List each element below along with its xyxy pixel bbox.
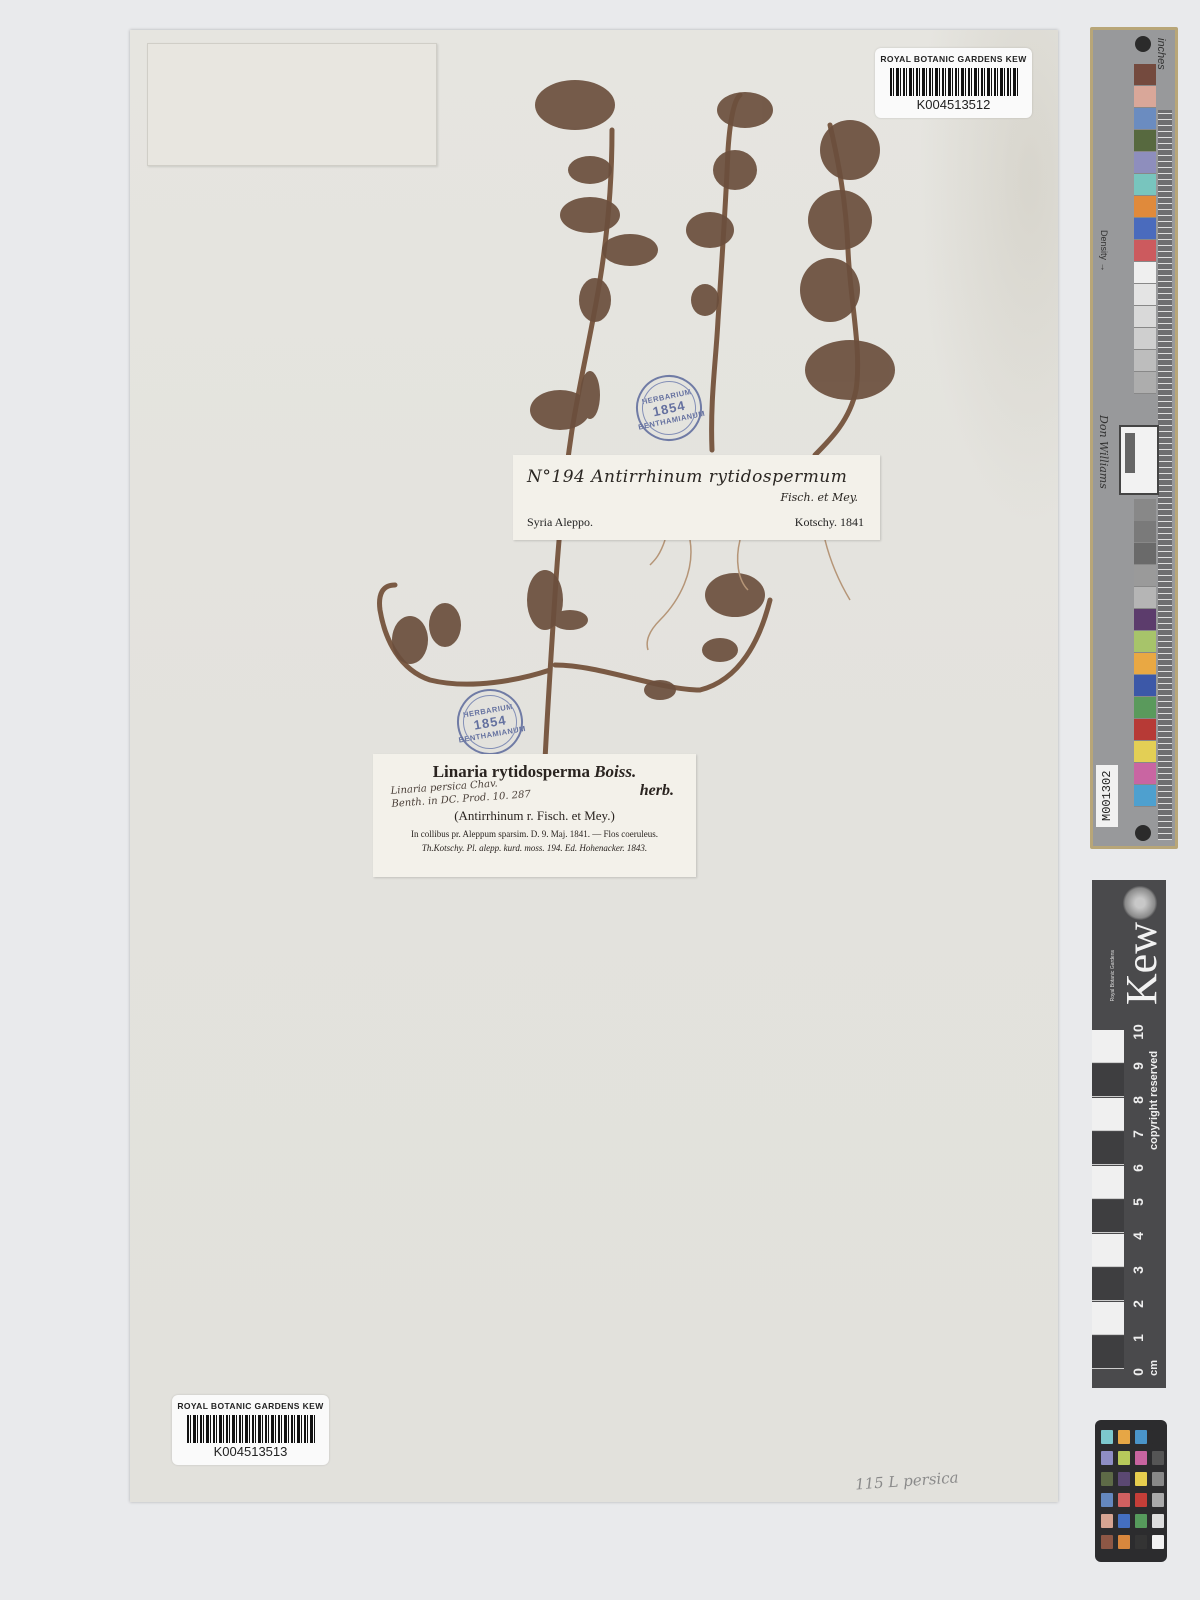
density-label: Density → — [1099, 230, 1109, 272]
scale-tick-label: 4 — [1130, 1226, 1146, 1246]
scale-tick-label: 3 — [1130, 1260, 1146, 1280]
color-patch — [1134, 350, 1156, 372]
resolution-target — [1119, 425, 1159, 495]
institution-name: ROYAL BOTANIC GARDENS KEW — [880, 54, 1026, 64]
color-checker — [1095, 1420, 1167, 1562]
royal-crest-icon — [1122, 886, 1158, 920]
color-swatch — [1101, 1451, 1113, 1465]
color-patch — [1134, 130, 1156, 152]
color-patch — [1134, 785, 1156, 807]
scale-tick-label: 9 — [1130, 1056, 1146, 1076]
scale-block — [1092, 1302, 1124, 1335]
scale-block — [1092, 1098, 1124, 1131]
color-patch — [1134, 499, 1156, 521]
inch-ruler — [1158, 110, 1172, 840]
determination-label: Linaria rytidosperma Boiss. herb. Linari… — [373, 754, 696, 877]
editor-text: Ed. Hohenacker. 1843. — [565, 843, 647, 853]
scale-numbers: 109876543210 — [1128, 1030, 1148, 1375]
color-patch — [1134, 521, 1156, 543]
color-patch — [1134, 565, 1156, 587]
color-patch — [1134, 262, 1156, 284]
color-swatch — [1152, 1493, 1164, 1507]
color-swatch — [1118, 1472, 1130, 1486]
stamp-bottom-text: BENTHAMIANUM — [458, 723, 527, 744]
color-patch — [1134, 152, 1156, 174]
color-swatch — [1152, 1535, 1164, 1549]
color-patch — [1134, 609, 1156, 631]
color-patch — [1134, 675, 1156, 697]
stamp-top-text: HERBARIUM — [462, 701, 513, 719]
color-swatch — [1101, 1514, 1113, 1528]
color-patch — [1134, 108, 1156, 130]
color-patch — [1134, 174, 1156, 196]
exsiccata-text: Th.Kotschy. Pl. alepp. kurd. moss. 194. — [422, 843, 563, 853]
handwritten-author: Fisch. et Mey. — [781, 491, 858, 504]
registration-dot-icon — [1135, 36, 1151, 52]
color-patch — [1134, 697, 1156, 719]
color-reference-bar: inches Density → Don Williams M001302 — [1090, 27, 1178, 849]
color-patch — [1134, 763, 1156, 785]
collector-label: N°194 Antirrhinum rytidospermum Fisch. e… — [513, 455, 880, 540]
scale-tick-label: 2 — [1130, 1294, 1146, 1314]
stamp-bottom-text: BENTHAMIANUM — [637, 408, 705, 431]
scale-block — [1092, 1132, 1124, 1165]
handwritten-name: N°194 Antirrhinum rytidospermum — [527, 467, 847, 487]
synonym: (Antirrhinum r. Fisch. et Mey.) — [373, 808, 696, 824]
barcode-icon — [890, 68, 1018, 96]
scale-tick-label: 0 — [1130, 1362, 1146, 1382]
color-swatch — [1135, 1535, 1147, 1549]
scale-tick-label: 1 — [1130, 1328, 1146, 1348]
color-patch — [1134, 543, 1156, 565]
color-swatch — [1152, 1472, 1164, 1486]
scale-block — [1092, 1268, 1124, 1301]
barcode-label-bottom: ROYAL BOTANIC GARDENS KEW K004513513 — [172, 1395, 329, 1465]
locality-text: In collibus pr. Aleppum sparsim. D. 9. M… — [373, 828, 696, 840]
color-swatch — [1135, 1514, 1147, 1528]
scale-block — [1092, 1336, 1124, 1369]
kew-logo: Kew — [1120, 922, 1164, 1005]
institution-name: ROYAL BOTANIC GARDENS KEW — [177, 1401, 323, 1411]
color-swatch — [1152, 1430, 1164, 1444]
scale-block — [1092, 1166, 1124, 1199]
color-patch — [1134, 196, 1156, 218]
color-patch — [1134, 719, 1156, 741]
herb-abbrev: herb. — [640, 782, 674, 800]
barcode-icon — [187, 1415, 315, 1443]
kew-scale-bar: Kew Royal Botanic Gardens 109876543210 c… — [1092, 880, 1166, 1388]
color-patch — [1134, 240, 1156, 262]
color-swatch — [1135, 1493, 1147, 1507]
registration-dot-icon — [1135, 825, 1151, 841]
color-swatch — [1101, 1472, 1113, 1486]
taxon-name: Linaria rytidosperma Boiss. — [373, 762, 696, 782]
scale-tick-label: 8 — [1130, 1090, 1146, 1110]
bar-code-tag: M001302 — [1096, 765, 1118, 827]
color-swatch — [1101, 1430, 1113, 1444]
color-patch — [1134, 218, 1156, 240]
collector: Kotschy. 1841 — [795, 515, 864, 530]
stamp-top-text: HERBARIUM — [641, 387, 692, 406]
stamp-year: 1854 — [651, 397, 686, 419]
scale-block — [1092, 1030, 1124, 1063]
color-patch — [1134, 653, 1156, 675]
locality: Syria Aleppo. — [527, 515, 593, 530]
scale-block — [1092, 1064, 1124, 1097]
barcode-number: K004513513 — [214, 1444, 288, 1459]
color-swatch — [1101, 1493, 1113, 1507]
color-patch — [1134, 741, 1156, 763]
color-patch — [1134, 284, 1156, 306]
color-swatch — [1152, 1451, 1164, 1465]
scale-tick-label: 5 — [1130, 1192, 1146, 1212]
color-swatch — [1135, 1472, 1147, 1486]
color-patch — [1134, 64, 1156, 86]
scale-blocks — [1092, 1030, 1124, 1370]
color-patch — [1134, 306, 1156, 328]
scale-block — [1092, 1234, 1124, 1267]
kew-logo-subtitle: Royal Botanic Gardens — [1110, 950, 1116, 1001]
color-swatch — [1135, 1430, 1147, 1444]
color-patch — [1134, 631, 1156, 653]
color-patch — [1134, 587, 1156, 609]
color-patch — [1134, 372, 1156, 394]
scale-block — [1092, 1200, 1124, 1233]
scale-tick-label: 7 — [1130, 1124, 1146, 1144]
color-swatch — [1118, 1451, 1130, 1465]
color-patch — [1134, 86, 1156, 108]
copyright-text: copyright reserved — [1148, 1030, 1160, 1150]
color-swatch — [1118, 1493, 1130, 1507]
barcode-number: K004513512 — [917, 97, 991, 112]
color-swatch — [1101, 1535, 1113, 1549]
color-swatch — [1118, 1535, 1130, 1549]
barcode-label-top: ROYAL BOTANIC GARDENS KEW K004513512 — [875, 48, 1032, 118]
color-patch — [1134, 328, 1156, 350]
scale-tick-label: 6 — [1130, 1158, 1146, 1178]
color-swatch — [1135, 1451, 1147, 1465]
color-swatch — [1118, 1514, 1130, 1528]
unit-label: cm — [1148, 1360, 1160, 1376]
species-author: Boiss. — [594, 762, 636, 781]
maker-label: Don Williams — [1097, 415, 1110, 489]
color-swatch — [1152, 1514, 1164, 1528]
stamp-year: 1854 — [472, 712, 507, 732]
color-swatch — [1118, 1430, 1130, 1444]
units-label: inches — [1155, 38, 1167, 70]
exsiccata: Th.Kotschy. Pl. alepp. kurd. moss. 194. … — [373, 843, 696, 853]
blank-label-paper — [147, 43, 437, 166]
scale-tick-label: 10 — [1130, 1022, 1146, 1042]
